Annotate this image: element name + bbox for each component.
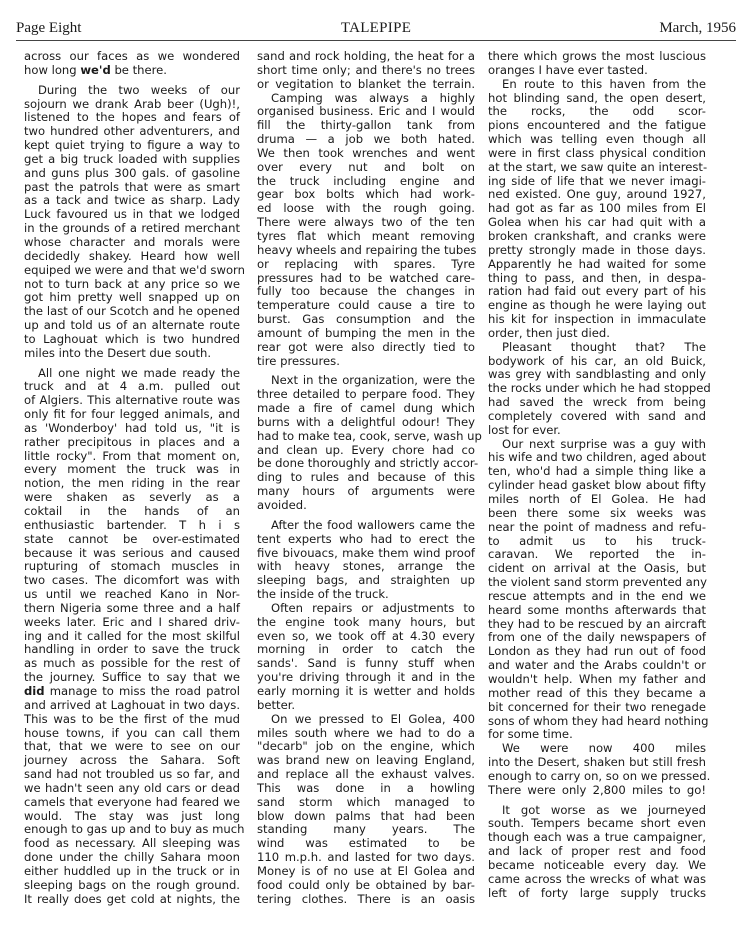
text-line: and arrived at Laghouat in two days. (24, 699, 240, 713)
text-line: thern Nigeria some three and a half (24, 602, 240, 616)
text-line: rather precipitous in places and a (24, 436, 240, 450)
text-line: five bivouacs, make them wind proof (257, 547, 475, 561)
text-line: amount of bumping the men in the (257, 327, 475, 341)
text-line: We then took wrenches and went (257, 147, 475, 161)
text-line: better. (257, 699, 475, 713)
text-line: became noticeable every day. We (488, 859, 706, 873)
text-line: though each was a true campaigner, (488, 831, 706, 845)
text-line: done under the chilly Sahara moon (24, 851, 240, 865)
text-line: burst. Gas consumption and the (257, 313, 475, 327)
text-line: the last of our Scotch and he opened (24, 305, 240, 319)
text-line: kept quiet trying to figure a way to (24, 139, 240, 153)
text-line: not to turn back at any price so we (24, 278, 240, 292)
text-line: miles into the Desert due south. (24, 347, 240, 361)
text-line: cident on arrival at the Oasis, but (488, 562, 706, 576)
text-line: the inside of the truck. (257, 588, 475, 602)
text-line: rear got were also directly tied to (257, 341, 475, 355)
text-line: heavy wheels and repairing the tubes (257, 244, 475, 258)
text-line: with heavy stones, arrange the (257, 560, 475, 574)
text-line: or vegitation to blanket the terrain. (257, 78, 475, 92)
text-line: 110 m.p.h. and lasted for two days. (257, 851, 475, 865)
text-line: notion, the men riding in the rear (24, 477, 240, 491)
text-line: be done thoroughly and strictly accor- (257, 457, 475, 471)
text-line: This was to be the first of the mud (24, 713, 240, 727)
text-line: for some time. (488, 728, 706, 742)
text-line: little rocky". From that moment on, (24, 450, 240, 464)
article-column-3: there which grows the most lusciousorang… (488, 50, 706, 900)
text-line: past the patrols that were as smart (24, 181, 240, 195)
text-line: burns with a delightful odour! They (257, 416, 475, 430)
text-line: got him pretty well snapped up on (24, 291, 240, 305)
text-line: Our next surprise was a guy with (488, 438, 706, 452)
text-line: lost for ever. (488, 424, 706, 438)
text-line: weeks later. Eric and I shared driv- (24, 616, 240, 630)
text-line: us until we reached Kano in Nor- (24, 588, 240, 602)
text-line: ten, who'd had a simple thing like a (488, 465, 706, 479)
text-line: had saved the wreck from being (488, 396, 706, 410)
text-line: only fit for four legged animals, and (24, 408, 240, 422)
text-line: even so, we took off at 4.30 every (257, 630, 475, 644)
text-line: his wife and two children, aged about (488, 451, 706, 465)
text-line: the rocks, the odd scor- (488, 105, 706, 119)
text-line: either huddled up in the truck or in (24, 865, 240, 879)
text-line: On we pressed to El Golea, 400 (257, 713, 475, 727)
text-line: During the two weeks of our (24, 84, 240, 98)
text-line: ned existed. One guy, around 1927, (488, 188, 706, 202)
text-line: state cannot be over-estimated (24, 533, 240, 547)
text-line: as a tack and twice as sharp. Lady (24, 194, 240, 208)
text-line: There were only 2,800 miles to go! (488, 784, 706, 798)
text-line: It really does get cold at nights, the (24, 893, 240, 907)
emphasis: did (24, 684, 45, 698)
text-line: enough to gas up and to buy as much (24, 823, 240, 837)
text-line: All one night we made ready the (24, 367, 240, 381)
text-line: listened to the hopes and fears of (24, 111, 240, 125)
text-line: sleeping bags on the rough ground. (24, 879, 240, 893)
text-line: short time only; and there's no trees (257, 64, 475, 78)
text-line: there which grows the most luscious (488, 50, 706, 64)
text-line: and replace all the exhaust valves. (257, 768, 475, 782)
text-line: fill the thirty-gallon tank from (257, 119, 475, 133)
text-line: London as they had run out of food (488, 645, 706, 659)
text-line: ed loose with the rough going. (257, 202, 475, 216)
text-line: tent experts who had to erect the (257, 533, 475, 547)
text-line: After the food wallowers came the (257, 519, 475, 533)
text-line: This was done in a howling (257, 782, 475, 796)
text-line: engine as though he were laying out (488, 299, 706, 313)
text-line: the rocks under which he had stopped (488, 382, 706, 396)
text-line: pretty strongly made in those days. (488, 244, 706, 258)
text-line: ing side of life that we never imagi- (488, 175, 706, 189)
text-line: as much as possible for the rest of (24, 657, 240, 671)
text-line: bodywork of his car, an old Buick, (488, 355, 706, 369)
text-line: and lack of proper rest and food (488, 845, 706, 859)
text-line: Next in the organization, were the (257, 374, 475, 388)
text-line: wind was estimated to be (257, 837, 475, 851)
text-line: Often repairs or adjustments to (257, 602, 475, 616)
text-line: because it was serious and caused (24, 547, 240, 561)
text-line: made a fire of camel dung which (257, 402, 475, 416)
text-line: There were always two of the ten (257, 216, 475, 230)
text-line: ding to rules and because of this (257, 471, 475, 485)
text-line: to Laghouat which is two hundred (24, 333, 240, 347)
text-line: into the Desert, shaken but still fresh (488, 756, 706, 770)
text-line: sand storm which managed to (257, 796, 475, 810)
text-line: in the grounds of a retired merchant (24, 222, 240, 236)
text-line: En route to this haven from the (488, 78, 706, 92)
text-line: how long we'd be there. (24, 64, 240, 78)
text-line: of Algiers. This alternative route was (24, 394, 240, 408)
text-line: heard some months afterwards that (488, 604, 706, 618)
text-line: tyres flat which meant removing (257, 230, 475, 244)
text-line: coktail in the hands of an (24, 505, 240, 519)
text-line: hot blinding sand, the open desert, (488, 92, 706, 106)
text-line: at the start, we saw quite an interest- (488, 161, 706, 175)
text-line: decidedly shakey. Heard how well (24, 250, 240, 264)
text-line: Pleasant thought that? The (488, 341, 706, 355)
text-line: had got as far as 100 miles from El (488, 202, 706, 216)
text-line: sleeping bags, and straighten up (257, 574, 475, 588)
text-line: the engine took many hours, but (257, 616, 475, 630)
text-line: which was telling even though all (488, 133, 706, 147)
text-line: or replacing with spares. Tyre (257, 258, 475, 272)
text-line: been there some six weeks was (488, 507, 706, 521)
text-line: the violent sand storm prevented any (488, 576, 706, 590)
text-line: sons of whom they had heard nothing (488, 715, 706, 729)
text-line: bit concerned for their two renegade (488, 701, 706, 715)
text-line: truck and at 4 a.m. pulled out (24, 380, 240, 394)
text-line: enthusiastic bartender. T h i s (24, 519, 240, 533)
text-line: equiped we were and that we'd sworn (24, 264, 240, 278)
text-line: miles north of El Golea. He had (488, 493, 706, 507)
article-column-1: across our faces as we wonderedhow long … (24, 50, 240, 906)
text-line: mother read of this they became a (488, 687, 706, 701)
text-line: Apparently he had waited for some (488, 258, 706, 272)
text-line: and guns plus 300 gals. of gasoline (24, 167, 240, 181)
text-line: food could only be obtained by bar- (257, 879, 475, 893)
text-line: was brand new on leaving England, (257, 754, 475, 768)
text-line: journey across the Sahara. Soft (24, 754, 240, 768)
text-line: completely covered with sand and (488, 410, 706, 424)
text-line: morning in order to catch the (257, 643, 475, 657)
text-line: wouldn't help. When my father and (488, 673, 706, 687)
text-line: blow down palms that had been (257, 810, 475, 824)
text-line: pions encountered and the fatigue (488, 119, 706, 133)
text-line: tering clothes. There is an oasis (257, 893, 475, 907)
text-line: as 'Wonderboy' had told us, "it is (24, 422, 240, 436)
running-header: Page Eight TALEPIPE March, 1956 (16, 18, 736, 41)
text-line: up and told us of an alternate route (24, 319, 240, 333)
text-line: they had to be rescued by an aircraft (488, 618, 706, 632)
text-line: would. The stay was just long (24, 810, 240, 824)
text-line: thing to pass, and then, in despa- (488, 272, 706, 286)
text-line: two hundred other adventurers, and (24, 125, 240, 139)
text-line: standing many years. The (257, 823, 475, 837)
text-line: sand had not troubled us so far, and (24, 768, 240, 782)
text-line: organised business. Eric and I would (257, 105, 475, 119)
text-line: and clean up. Every chore had co (257, 444, 475, 458)
text-line: enough to carry on, so on we pressed. (488, 770, 706, 784)
text-line: ration had faid out every part of his (488, 285, 706, 299)
text-line: We were now 400 miles (488, 742, 706, 756)
text-line: near the point of madness and refu- (488, 521, 706, 535)
text-line: the journey. Suffice to say that we (24, 671, 240, 685)
text-line: order, then just died. (488, 327, 706, 341)
text-line: every moment the truck was in (24, 463, 240, 477)
text-line: druma — a job we both hated. (257, 133, 475, 147)
text-line: house towns, if you can call them (24, 727, 240, 741)
text-line: ing and it called for the most skilful (24, 630, 240, 644)
text-line: early morning it is wetter and holds (257, 685, 475, 699)
text-line: pressures had to be watched care- (257, 272, 475, 286)
text-line: rescue attempts and in the end we (488, 590, 706, 604)
publication-title: TALEPIPE (16, 20, 736, 37)
text-line: you're driving through it and in the (257, 671, 475, 685)
text-line: south. Tempers became short even (488, 817, 706, 831)
text-line: Luck favoured us in that we lodged (24, 208, 240, 222)
article-column-2: sand and rock holding, the heat for asho… (257, 50, 475, 906)
text-line: avoided. (257, 499, 475, 513)
issue-date: March, 1956 (659, 20, 736, 37)
text-line: food as necessary. All sleeping was (24, 837, 240, 851)
text-line: get a big truck loaded with supplies (24, 153, 240, 167)
text-line: did manage to miss the road patrol (24, 685, 240, 699)
text-line: cylinder head gasket blow about fifty (488, 479, 706, 493)
text-line: It got worse as we journeyed (488, 804, 706, 818)
text-line: sojourn we drank Arab beer (Ugh)!, (24, 98, 240, 112)
text-line: fully too because the changes in (257, 285, 475, 299)
text-line: whose character and morals were (24, 236, 240, 250)
text-line: sand and rock holding, the heat for a (257, 50, 475, 64)
text-line: "decarb" job on the engine, which (257, 740, 475, 754)
text-line: his kit for inspection in immaculate (488, 313, 706, 327)
text-line: Money is of no use at El Golea and (257, 865, 475, 879)
text-line: to admit us to his truck- (488, 535, 706, 549)
text-line: and water and the Arabs couldn't or (488, 659, 706, 673)
text-line: gear box bolts which had work- (257, 188, 475, 202)
text-line: over every nut and bolt on (257, 161, 475, 175)
text-line: came across the wrecks of what was (488, 873, 706, 887)
text-line: the truck including engine and (257, 175, 475, 189)
text-line: oranges I have ever tasted. (488, 64, 706, 78)
text-line: handling in order to save the truck (24, 643, 240, 657)
text-line: that, that we were to see on our (24, 740, 240, 754)
text-line: miles south where we had to do a (257, 727, 475, 741)
text-line: many hours of arguments were (257, 485, 475, 499)
text-line: Golea when his car had quit with a (488, 216, 706, 230)
text-line: were shaken as severly as a (24, 491, 240, 505)
text-line: we hadn't seen any old cars or dead (24, 782, 240, 796)
text-line: rupturing of stomach muscles in (24, 560, 240, 574)
emphasis: we'd (80, 63, 110, 77)
text-line: broken crankshaft, and cranks were (488, 230, 706, 244)
text-line: caravan. We reported the in- (488, 548, 706, 562)
text-line: left of forty large supply trucks (488, 887, 706, 901)
text-line: had to make tea, cook, serve, wash up (257, 430, 475, 444)
text-line: was grey with sandblasting and only (488, 368, 706, 382)
text-line: sands'. Sand is funny stuff when (257, 657, 475, 671)
text-line: tire pressures. (257, 355, 475, 369)
text-line: from one of the daily newspapers of (488, 631, 706, 645)
text-line: temperature could cause a tire to (257, 299, 475, 313)
text-line: two cases. The dicomfort was with (24, 574, 240, 588)
text-line: across our faces as we wondered (24, 50, 240, 64)
text-line: Camping was always a highly (257, 92, 475, 106)
text-line: were in first class physical condition (488, 147, 706, 161)
text-line: camels that everyone had feared we (24, 796, 240, 810)
text-line: three detailed to perpare food. They (257, 388, 475, 402)
